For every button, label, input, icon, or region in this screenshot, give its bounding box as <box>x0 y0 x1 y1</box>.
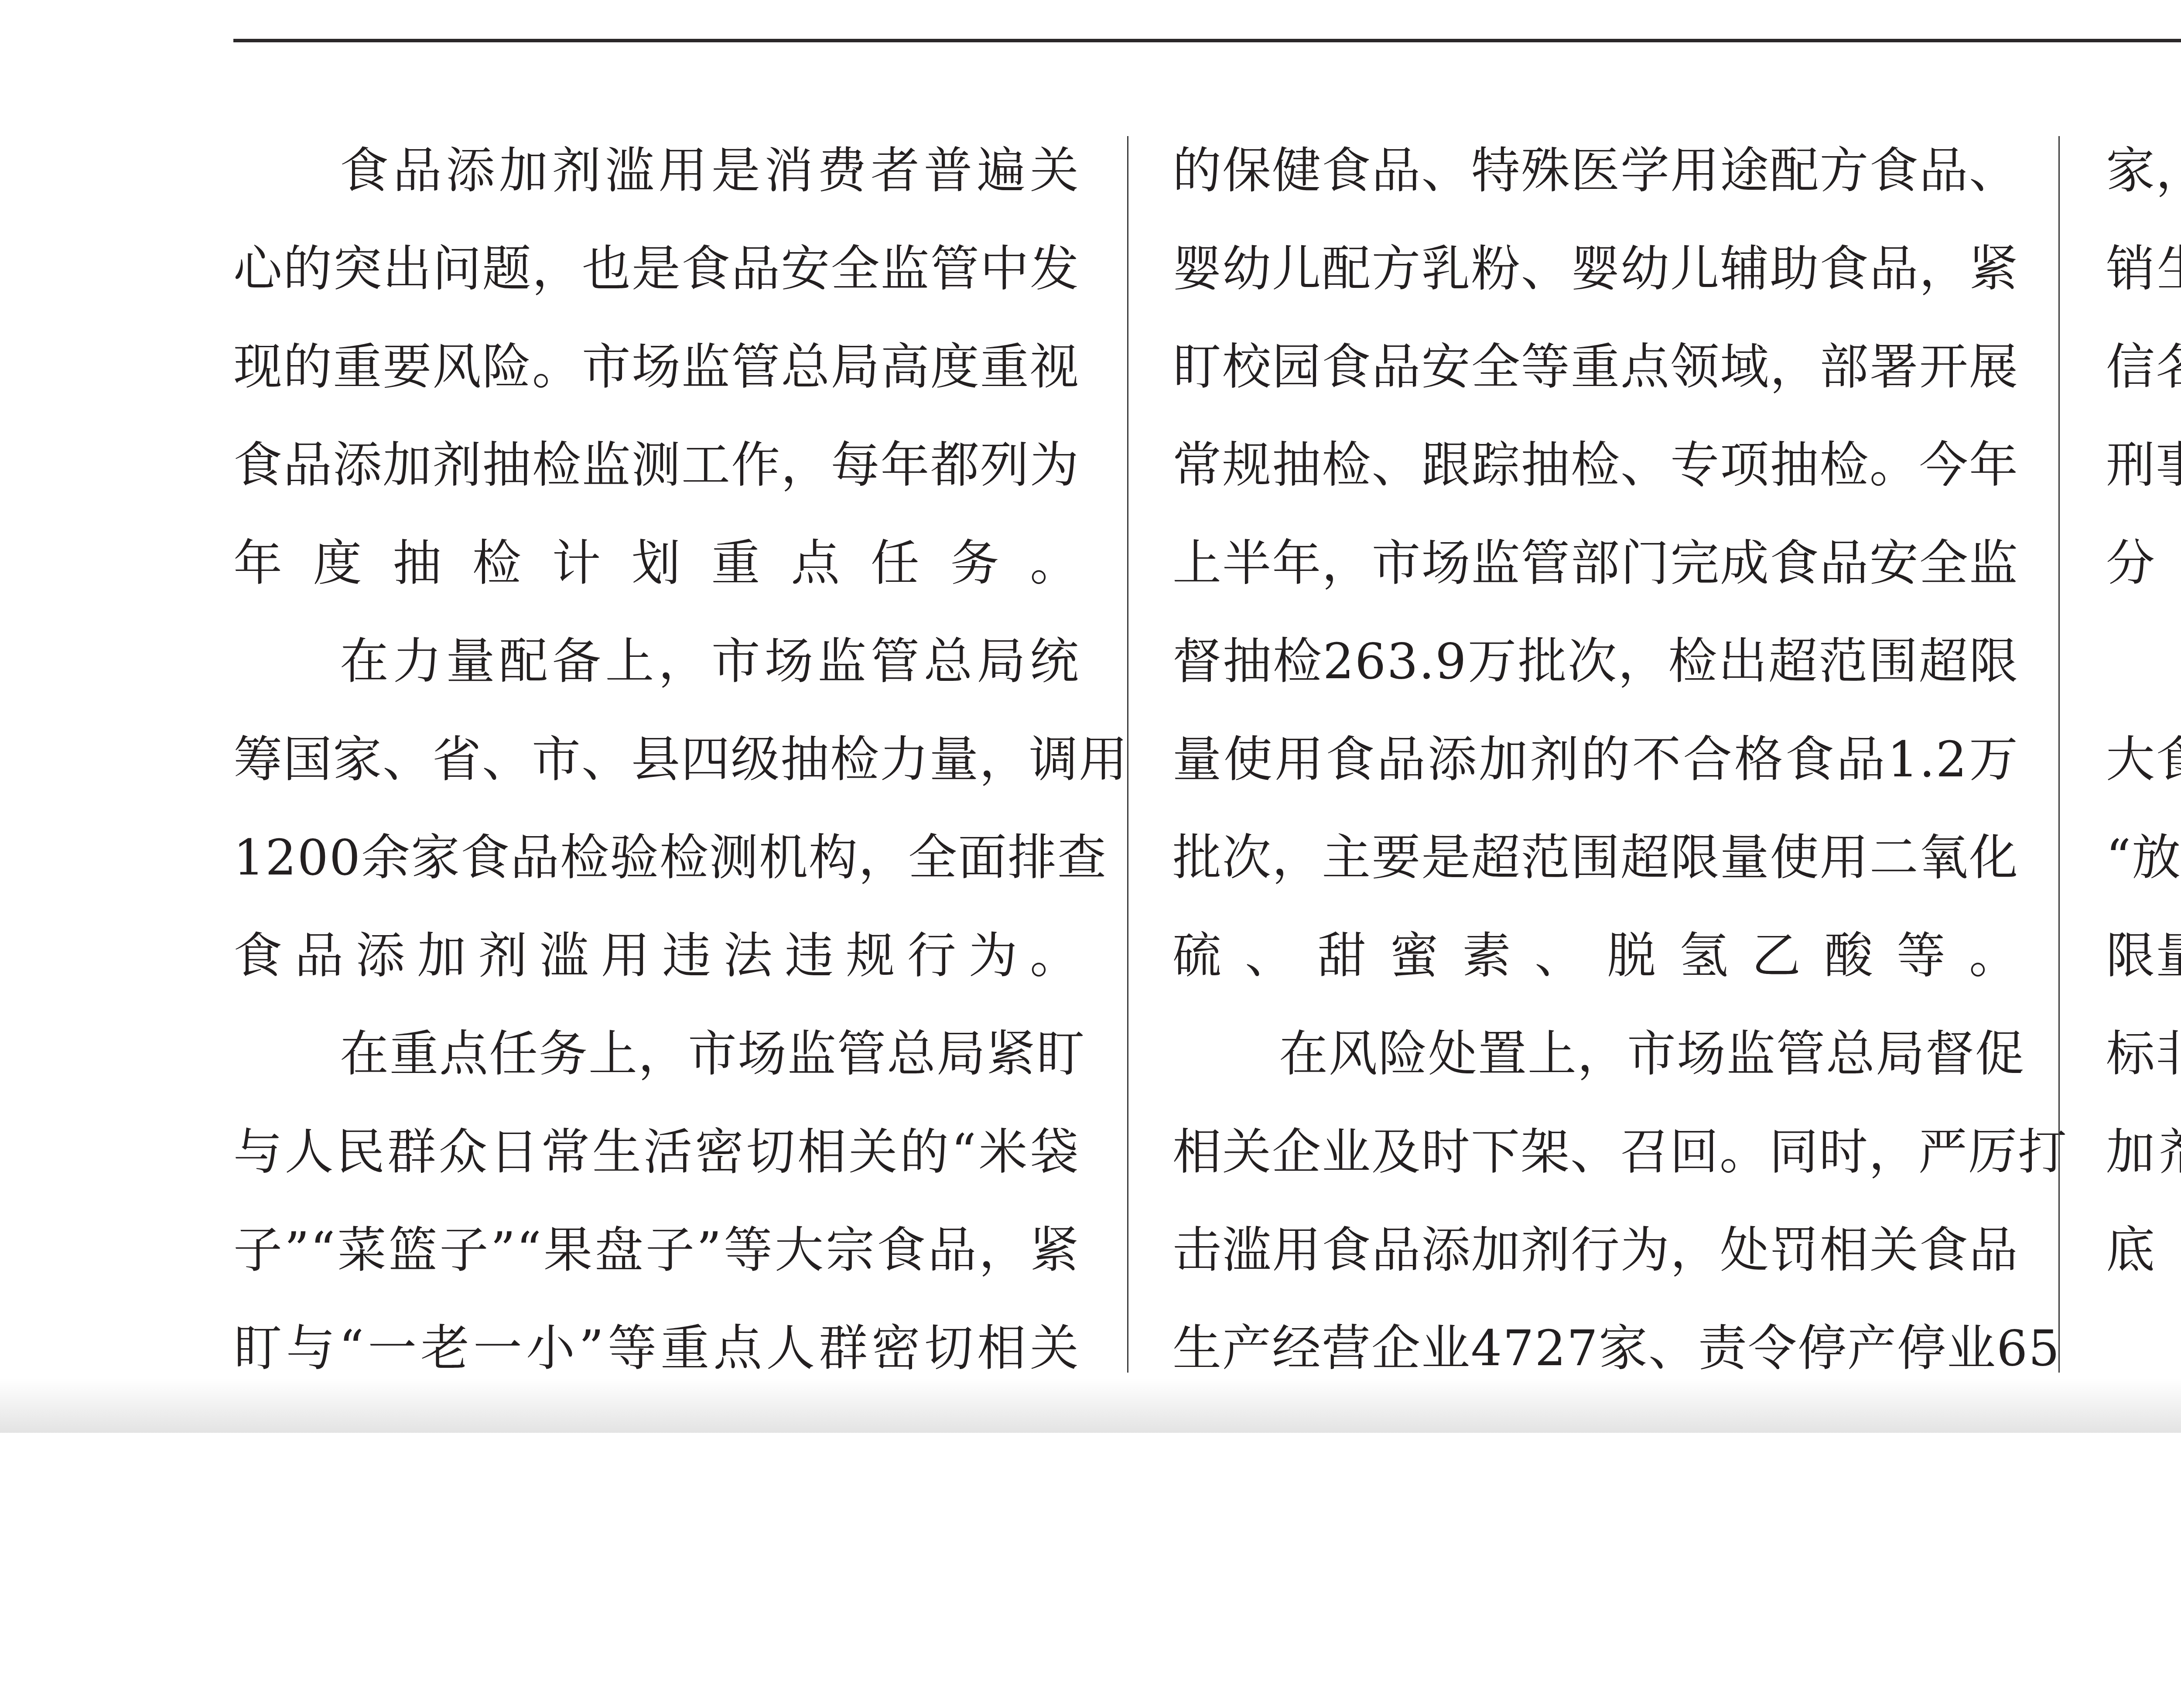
text-line: 家，对情节严重的10家生产企业依法吊 <box>2106 122 2181 220</box>
column-divider <box>2058 136 2060 1373</box>
article-column-2: 的保健食品、特殊医学用途配方食品、 婴幼儿配方乳粉、婴幼儿辅助食品，紧 盯校园食… <box>1173 122 2019 1398</box>
text-line: 信名单，移送公安机关48件，依法追究 <box>2106 318 2181 417</box>
text-line: 食品添加剂滥用是消费者普遍关 <box>233 122 1080 220</box>
text-line: 击滥用食品添加剂行为，处罚相关食品 <box>1173 1202 2019 1300</box>
text-line: 分子，以儆效尤。 <box>2106 515 2181 613</box>
text-line: 底线和信誉基石。 <box>2106 1202 2181 1300</box>
paragraph: 在力量配备上，市场监管总局统 筹国家、省、市、县四级抽检力量，调用 1200余家… <box>233 613 1080 1005</box>
text-line: 量使用食品添加剂的不合格食品1.2万 <box>1173 711 2019 809</box>
text-line: 上半年，市场监管部门完成食品安全监 <box>1173 515 2019 613</box>
text-line: 与人民群众日常生活密切相关的“米袋 <box>233 1103 1080 1202</box>
text-line: 硫、甜蜜素、脱氢乙酸等。 <box>1173 907 2019 1005</box>
paragraph: 在风险处置上，市场监管总局督促 相关企业及时下架、召回。同时，严厉打 击滥用食品… <box>1173 1005 2019 1398</box>
text-line: 食品添加剂滥用违法违规行为。 <box>233 907 1080 1005</box>
column-divider <box>1127 136 1128 1373</box>
page-shadow-band <box>0 1378 2181 1433</box>
text-line: 刑事责任。通过最严厉的处罚震慑不法 <box>2106 417 2181 515</box>
text-line: 常规抽检、跟踪抽检、专项抽检。今年 <box>1173 417 2019 515</box>
text-line: 加剂成为食品行业高质量发展的责任 <box>2106 1103 2181 1202</box>
text-line: 批次，主要是超范围超限量使用二氧化 <box>1173 809 2019 907</box>
text-line: 子”“菜篮子”“果盘子”等大宗食品，紧 <box>233 1202 1080 1300</box>
text-line: 在力量配备上，市场监管总局统 <box>233 613 1080 711</box>
text-line: 现的重要风险。市场监管总局高度重视 <box>233 318 1080 417</box>
text-line: 大食品添加剂抽检监测力度，用好抽检 <box>2106 711 2181 809</box>
text-line: 筹国家、省、市、县四级抽检力量，调用 <box>233 711 1080 809</box>
text-line: 在风险处置上，市场监管总局督促 <box>1173 1005 2019 1103</box>
paragraph: 的保健食品、特殊医学用途配方食品、 婴幼儿配方乳粉、婴幼儿辅助食品，紧 盯校园食… <box>1173 122 2019 1005</box>
text-line: 限量和非法添加问题，对任何越界、超 <box>2106 907 2181 1005</box>
text-line: 1200余家食品检验检测机构，全面排查 <box>233 809 1080 907</box>
text-line: 盯校园食品安全等重点领域，部署开展 <box>1173 318 2019 417</box>
text-line: 销生产许可证，将4家列入严重违法失 <box>2106 220 2181 318</box>
text-line: 在重点任务上，市场监管总局紧盯 <box>233 1005 1080 1103</box>
text-line: 标非法行为零容忍，让合规使用食品添 <box>2106 1005 2181 1103</box>
text-line: “放大镜”，严管食品添加剂超范围、超 <box>2106 809 2181 907</box>
paragraph: 食品添加剂滥用是消费者普遍关 心的突出问题，也是食品安全监管中发 现的重要风险。… <box>233 122 1080 613</box>
text-line: 相关企业及时下架、召回。同时，严厉打 <box>1173 1103 2019 1202</box>
article-column-3: 家，对情节严重的10家生产企业依法吊 销生产许可证，将4家列入严重违法失 信名单… <box>2106 122 2181 1300</box>
paragraph: 家，对情节严重的10家生产企业依法吊 销生产许可证，将4家列入严重违法失 信名单… <box>2106 122 2181 613</box>
paragraph: 下一步，市场监管总局要持续加 大食品添加剂抽检监测力度，用好抽检 “放大镜”，严… <box>2106 613 2181 1300</box>
paragraph: 在重点任务上，市场监管总局紧盯 与人民群众日常生活密切相关的“米袋 子”“菜篮子… <box>233 1005 1080 1398</box>
text-line: 的保健食品、特殊医学用途配方食品、 <box>1173 122 2019 220</box>
top-rule <box>233 39 2181 42</box>
text-line: 年度抽检计划重点任务。 <box>233 515 1080 613</box>
text-line: 食品添加剂抽检监测工作，每年都列为 <box>233 417 1080 515</box>
text-line: 督抽检263.9万批次，检出超范围超限 <box>1173 613 2019 711</box>
text-line: 心的突出问题，也是食品安全监管中发 <box>233 220 1080 318</box>
article-column-1: 食品添加剂滥用是消费者普遍关 心的突出问题，也是食品安全监管中发 现的重要风险。… <box>233 122 1080 1398</box>
text-line: 下一步，市场监管总局要持续加 <box>2106 613 2181 711</box>
text-line: 婴幼儿配方乳粉、婴幼儿辅助食品，紧 <box>1173 220 2019 318</box>
